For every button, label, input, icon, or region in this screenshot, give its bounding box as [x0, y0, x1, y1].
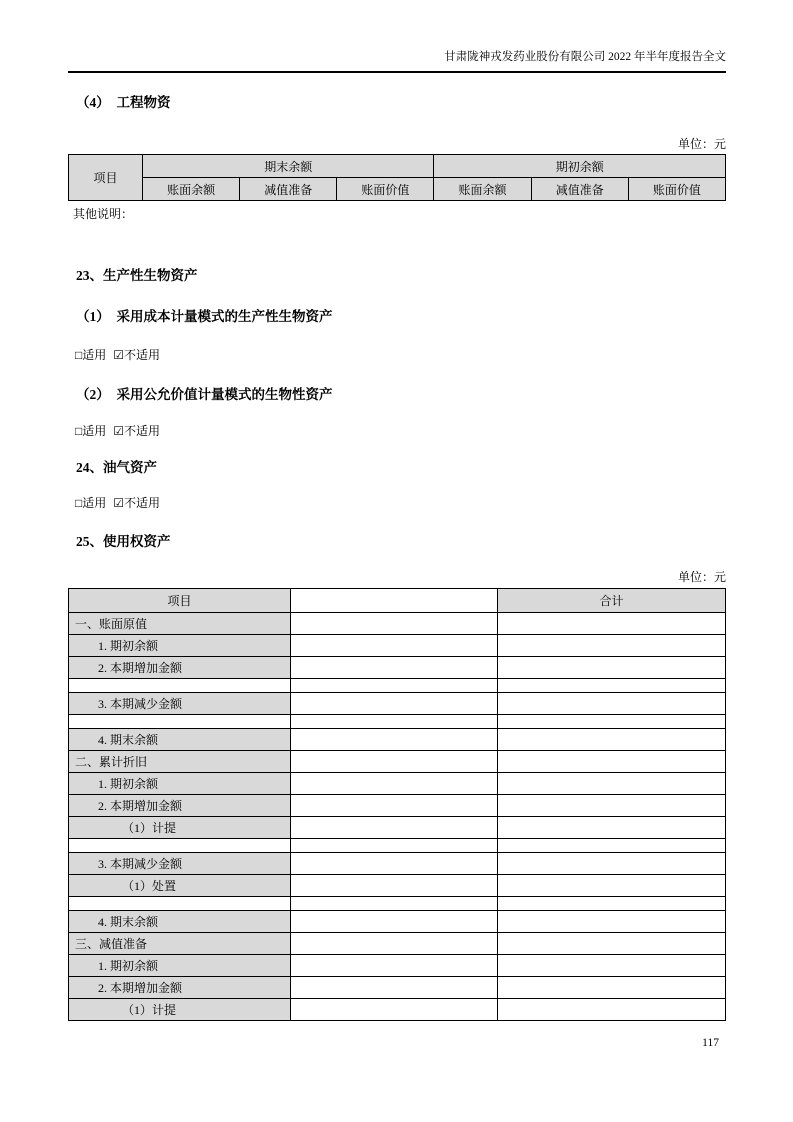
table-header-row: 项目 合计 [69, 589, 726, 613]
value-cell [291, 999, 498, 1021]
sub-header-cell: 账面余额 [434, 178, 531, 201]
sub-header-cell: 账面价值 [337, 178, 434, 201]
report-page: 甘肃陇神戎发药业股份有限公司 2022 年半年度报告全文 （4） 工程物资 单位… [0, 0, 793, 1122]
report-header: 甘肃陇神戎发药业股份有限公司 2022 年半年度报告全文 [68, 0, 726, 73]
row-label-cell: 1. 期初余额 [69, 955, 291, 977]
value-cell [291, 933, 498, 955]
table-row: 一、账面原值 [69, 613, 726, 635]
applicability-line: □适用☑不适用 [75, 424, 726, 439]
total-cell [498, 817, 726, 839]
row-label-cell [69, 897, 291, 911]
row-label-cell: 3. 本期减少金额 [69, 853, 291, 875]
value-cell [291, 839, 498, 853]
period-end-header-cell: 期末余额 [143, 155, 434, 178]
applicable-label: 适用 [82, 496, 106, 510]
item-header-cell: 项目 [69, 589, 291, 613]
not-applicable-label: 不适用 [124, 496, 160, 510]
value-cell [291, 897, 498, 911]
section-heading-4: （4） 工程物资 [76, 94, 726, 111]
subsection-heading-23-1: （1） 采用成本计量模式的生产性生物资产 [76, 308, 726, 325]
total-cell [498, 679, 726, 693]
table-row: 4. 期末余额 [69, 729, 726, 751]
sub-header-cell: 账面余额 [143, 178, 240, 201]
value-cell [291, 657, 498, 679]
checkbox-checked-icon: ☑ [113, 348, 124, 362]
value-cell [291, 955, 498, 977]
row-label-cell: 4. 期末余额 [69, 729, 291, 751]
table-row: 4. 期末余额 [69, 911, 726, 933]
right-of-use-assets-table: 项目 合计 一、账面原值 1. 期初余额 2. 本期增加金额 [68, 588, 726, 1021]
table-row: 2. 本期增加金额 [69, 977, 726, 999]
row-label-cell: 2. 本期增加金额 [69, 977, 291, 999]
table-row: （1）计提 [69, 817, 726, 839]
total-cell [498, 773, 726, 795]
total-cell [498, 933, 726, 955]
value-cell [291, 679, 498, 693]
total-cell [498, 911, 726, 933]
total-cell [498, 795, 726, 817]
applicable-label: 适用 [82, 348, 106, 362]
row-label-cell: 二、累计折旧 [69, 751, 291, 773]
table-row: 账面余额 减值准备 账面价值 账面余额 减值准备 账面价值 [69, 178, 726, 201]
table-row: 2. 本期增加金额 [69, 795, 726, 817]
value-cell [291, 773, 498, 795]
total-cell [498, 897, 726, 911]
row-label-cell: 2. 本期增加金额 [69, 795, 291, 817]
row-label-cell: 1. 期初余额 [69, 773, 291, 795]
not-applicable-label: 不适用 [124, 424, 160, 438]
other-notes-label: 其他说明： [73, 207, 726, 222]
unit-label-2: 单位：元 [68, 570, 726, 585]
value-cell [291, 853, 498, 875]
item-header-cell: 项目 [69, 155, 143, 201]
row-label-cell: 3. 本期减少金额 [69, 693, 291, 715]
row-label-cell: 三、减值准备 [69, 933, 291, 955]
construction-materials-table: 项目 期末余额 期初余额 账面余额 减值准备 账面价值 账面余额 减值准备 账面… [68, 154, 726, 201]
sub-header-cell: 减值准备 [531, 178, 628, 201]
table-row: 2. 本期增加金额 [69, 657, 726, 679]
total-cell [498, 839, 726, 853]
row-label-cell [69, 715, 291, 729]
checkbox-checked-icon: ☑ [113, 424, 124, 438]
row-label-cell [69, 679, 291, 693]
applicability-line: □适用☑不适用 [75, 348, 726, 363]
table-row [69, 897, 726, 911]
total-cell [498, 955, 726, 977]
table-row [69, 715, 726, 729]
middle-header-cell [291, 589, 498, 613]
total-cell [498, 751, 726, 773]
total-cell [498, 729, 726, 751]
checkbox-checked-icon: ☑ [113, 496, 124, 510]
section-heading-23: 23、生产性生物资产 [76, 267, 726, 284]
total-cell [498, 999, 726, 1021]
row-label-cell: （1）处置 [69, 875, 291, 897]
value-cell [291, 729, 498, 751]
row-label-cell [69, 839, 291, 853]
sub-header-cell: 账面价值 [628, 178, 725, 201]
section-heading-24: 24、油气资产 [76, 459, 726, 476]
row-label-cell: （1）计提 [69, 817, 291, 839]
total-header-cell: 合计 [498, 589, 726, 613]
table-row: （1）处置 [69, 875, 726, 897]
value-cell [291, 817, 498, 839]
table-row: 二、累计折旧 [69, 751, 726, 773]
table-row: 三、减值准备 [69, 933, 726, 955]
total-cell [498, 853, 726, 875]
value-cell [291, 613, 498, 635]
row-label-cell: 一、账面原值 [69, 613, 291, 635]
value-cell [291, 875, 498, 897]
unit-label-1: 单位：元 [68, 137, 726, 152]
value-cell [291, 715, 498, 729]
report-header-title: 甘肃陇神戎发药业股份有限公司 2022 年半年度报告全文 [444, 51, 726, 63]
row-label-cell: 1. 期初余额 [69, 635, 291, 657]
value-cell [291, 911, 498, 933]
table-row: 3. 本期减少金额 [69, 693, 726, 715]
total-cell [498, 657, 726, 679]
table-row: 项目 期末余额 期初余额 [69, 155, 726, 178]
row-label-cell: 4. 期末余额 [69, 911, 291, 933]
row-label-cell: （1）计提 [69, 999, 291, 1021]
table-row: 1. 期初余额 [69, 955, 726, 977]
total-cell [498, 715, 726, 729]
value-cell [291, 635, 498, 657]
value-cell [291, 751, 498, 773]
value-cell [291, 977, 498, 999]
total-cell [498, 613, 726, 635]
row-label-cell: 2. 本期增加金额 [69, 657, 291, 679]
period-begin-header-cell: 期初余额 [434, 155, 726, 178]
table-row: 3. 本期减少金额 [69, 853, 726, 875]
total-cell [498, 635, 726, 657]
table-row [69, 679, 726, 693]
table-row: 1. 期初余额 [69, 773, 726, 795]
applicability-line: □适用☑不适用 [75, 496, 726, 511]
total-cell [498, 693, 726, 715]
sub-header-cell: 减值准备 [240, 178, 337, 201]
table-row [69, 839, 726, 853]
subsection-heading-23-2: （2） 采用公允价值计量模式的生物性资产 [76, 386, 726, 403]
total-cell [498, 875, 726, 897]
page-number: 117 [702, 1036, 719, 1050]
value-cell [291, 693, 498, 715]
total-cell [498, 977, 726, 999]
table-row: （1）计提 [69, 999, 726, 1021]
applicable-label: 适用 [82, 424, 106, 438]
not-applicable-label: 不适用 [124, 348, 160, 362]
table-row: 1. 期初余额 [69, 635, 726, 657]
section-heading-25: 25、使用权资产 [76, 533, 726, 550]
value-cell [291, 795, 498, 817]
